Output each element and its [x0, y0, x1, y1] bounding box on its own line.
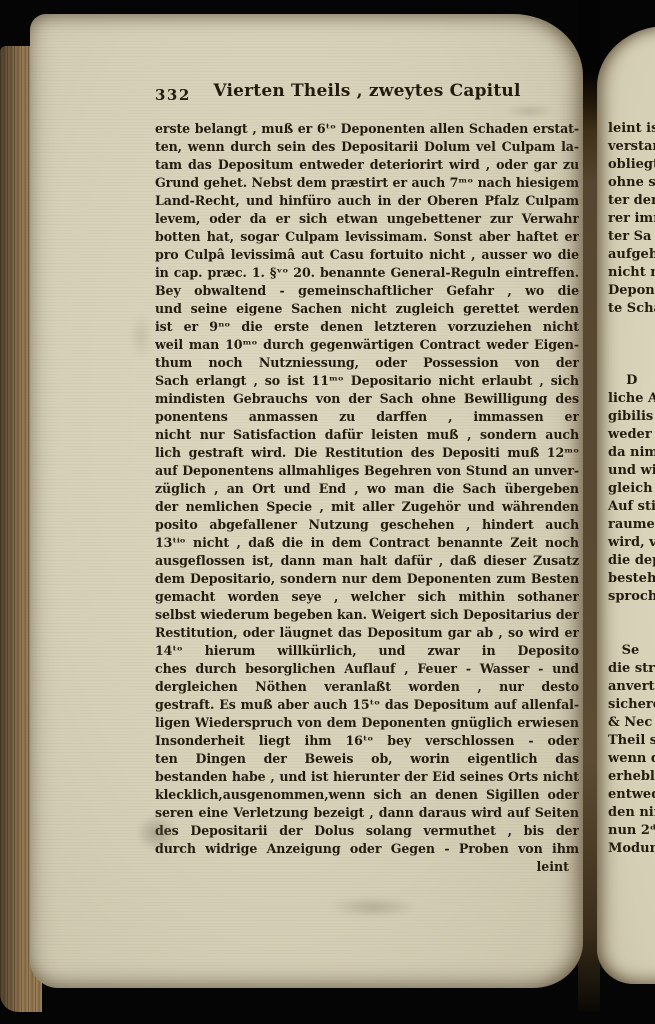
- text-line: & Nec: [608, 714, 655, 732]
- text-line: durch widrige Anzeigung oder Gegen - Pro…: [155, 840, 579, 858]
- showthrough-smudge: [500, 102, 560, 120]
- paper-stain: [126, 306, 156, 366]
- text-line: posito abgefallener Nutzung geschehen , …: [155, 516, 579, 534]
- text-line: Restitution, oder läugnet das Depositum …: [155, 624, 579, 642]
- text-line: die depo: [608, 552, 655, 570]
- running-title: Vierten Theils , zweytes Capitul: [155, 81, 579, 101]
- text-line: ten Dingen der Beweis ob, worin eigentli…: [155, 750, 579, 768]
- catchword-row: leint: [155, 858, 579, 876]
- text-line: pro Culpâ levissimâ aut Casu fortuito ni…: [155, 246, 579, 264]
- text-line: züglich , an Ort und End , wo man die Sa…: [155, 480, 579, 498]
- text-line: D: [608, 372, 655, 390]
- text-line: Modun: [608, 840, 655, 858]
- text-line: und wir: [608, 462, 655, 480]
- text-line: erheblic: [608, 768, 655, 786]
- body-text-column: erste belangt , muß er 6ᵗᵒ Deponenten al…: [155, 120, 579, 858]
- text-line: aufgeho: [608, 246, 655, 264]
- text-line: rer imm: [608, 210, 655, 228]
- text-line: da nimm: [608, 444, 655, 462]
- left-page: 332 Vierten Theils , zweytes Capitul ers…: [30, 14, 583, 988]
- text-line: te Scha: [608, 300, 655, 318]
- text-line: klecklich,ausgenommen,wenn sich an denen…: [155, 786, 579, 804]
- text-line: liche A: [608, 390, 655, 408]
- text-line: ter den: [608, 192, 655, 210]
- text-line: tam das Depositum entweder deteriorirt w…: [155, 156, 579, 174]
- text-line: Depon: [608, 282, 655, 300]
- text-line: [608, 336, 655, 354]
- text-line: in cap. præc. 1. §ᵛᵒ 20. benannte Genera…: [155, 264, 579, 282]
- text-line: Theil se: [608, 732, 655, 750]
- text-line: 13ᵗⁱᵒ nicht , daß die in dem Contract be…: [155, 534, 579, 552]
- text-line: erste belangt , muß er 6ᵗᵒ Deponenten al…: [155, 120, 579, 138]
- catchword: leint: [155, 858, 579, 876]
- text-line: [608, 318, 655, 336]
- text-line: der nemlichen Specie , mit aller Zugehör…: [155, 498, 579, 516]
- text-line: wird, v: [608, 534, 655, 552]
- text-line: mindisten Gebrauchs von der Sach ohne Be…: [155, 390, 579, 408]
- text-line: 14ᵗᵒ hierum willkürlich, und zwar in Dep…: [155, 642, 579, 660]
- text-line: Sach erlangt , so ist 11ᵐᵒ Depositario n…: [155, 372, 579, 390]
- text-line: selbst wiederum begeben kan. Weigert sic…: [155, 606, 579, 624]
- text-line: botten hat, sogar Culpam levissimam. Son…: [155, 228, 579, 246]
- text-line: ist er 9ⁿᵒ die erste denen letzteren vor…: [155, 318, 579, 336]
- text-line: Auf stil: [608, 498, 655, 516]
- text-line: gleich v: [608, 480, 655, 498]
- text-line: ter Sa: [608, 228, 655, 246]
- text-line: auf Deponentens allmahliges Begehren von…: [155, 462, 579, 480]
- text-line: sicherer: [608, 696, 655, 714]
- text-line: weil man 10ᵐᵒ durch gegenwärtigen Contra…: [155, 336, 579, 354]
- text-line: ligen Wiederspruch von dem Deponenten gn…: [155, 714, 579, 732]
- text-line: [608, 624, 655, 642]
- text-line: gibilis: [608, 408, 655, 426]
- text-line: nicht nur Satisfaction dafür leisten muß…: [155, 426, 579, 444]
- showthrough-smudge: [318, 894, 428, 920]
- text-line: Bey obwaltend - gemeinschaftlicher Gefah…: [155, 282, 579, 300]
- text-line: dem Depositario, sondern nur dem Deponen…: [155, 570, 579, 588]
- text-line: dergleichen Nöthen veranlaßt worden , nu…: [155, 678, 579, 696]
- open-book-scan: 332 Vierten Theils , zweytes Capitul ers…: [0, 0, 655, 1024]
- text-line: bestehet: [608, 570, 655, 588]
- text-line: und seine eigene Sachen nicht zugleich g…: [155, 300, 579, 318]
- text-line: Land-Recht, und hinfüro auch in der Ober…: [155, 192, 579, 210]
- text-line: des Depositarii der Dolus solang vermuth…: [155, 822, 579, 840]
- text-line: lich gestraft wird. Die Restitution des …: [155, 444, 579, 462]
- text-line: weder d: [608, 426, 655, 444]
- text-line: gemacht worden seye , welcher sich mithi…: [155, 588, 579, 606]
- text-line: nicht n: [608, 264, 655, 282]
- text-line: seren eine Verletzung bezeigt , dann dar…: [155, 804, 579, 822]
- text-line: ohne sc: [608, 174, 655, 192]
- text-line: wenn d: [608, 750, 655, 768]
- text-line: verstan: [608, 138, 655, 156]
- text-line: [608, 606, 655, 624]
- text-line: sprochen: [608, 588, 655, 606]
- text-line: die strit: [608, 660, 655, 678]
- text-line: gestraft. Es muß aber auch 15ᵗᵒ das Depo…: [155, 696, 579, 714]
- text-line: anvertr: [608, 678, 655, 696]
- text-line: ches durch besorglichen Auflauf , Feuer …: [155, 660, 579, 678]
- text-line: ten, wenn durch sein des Depositarii Dol…: [155, 138, 579, 156]
- text-line: raumen: [608, 516, 655, 534]
- text-line: entwede: [608, 786, 655, 804]
- right-page-text-fragments: leint isverstanobliegtohne scter denrer …: [608, 120, 655, 858]
- text-line: [608, 354, 655, 372]
- text-line: thum noch Nutzniessung, oder Possession …: [155, 354, 579, 372]
- text-line: ausgeflossen ist, dann man halt dafür , …: [155, 552, 579, 570]
- text-line: leint is: [608, 120, 655, 138]
- text-line: obliegt: [608, 156, 655, 174]
- text-line: den nim: [608, 804, 655, 822]
- text-line: Se: [608, 642, 655, 660]
- text-line: bestanden habe , und ist hierunter der E…: [155, 768, 579, 786]
- right-page-sliver: leint isverstanobliegtohne scter denrer …: [597, 26, 655, 984]
- text-line: Insonderheit liegt ihm 16ᵗᵒ bey verschlo…: [155, 732, 579, 750]
- text-line: Grund gehet. Nebst dem præstirt er auch …: [155, 174, 579, 192]
- text-line: ponentens anmassen zu darffen , immassen…: [155, 408, 579, 426]
- text-line: levem, oder da er sich etwan ungebettene…: [155, 210, 579, 228]
- text-line: nun 2ᵈᵒ: [608, 822, 655, 840]
